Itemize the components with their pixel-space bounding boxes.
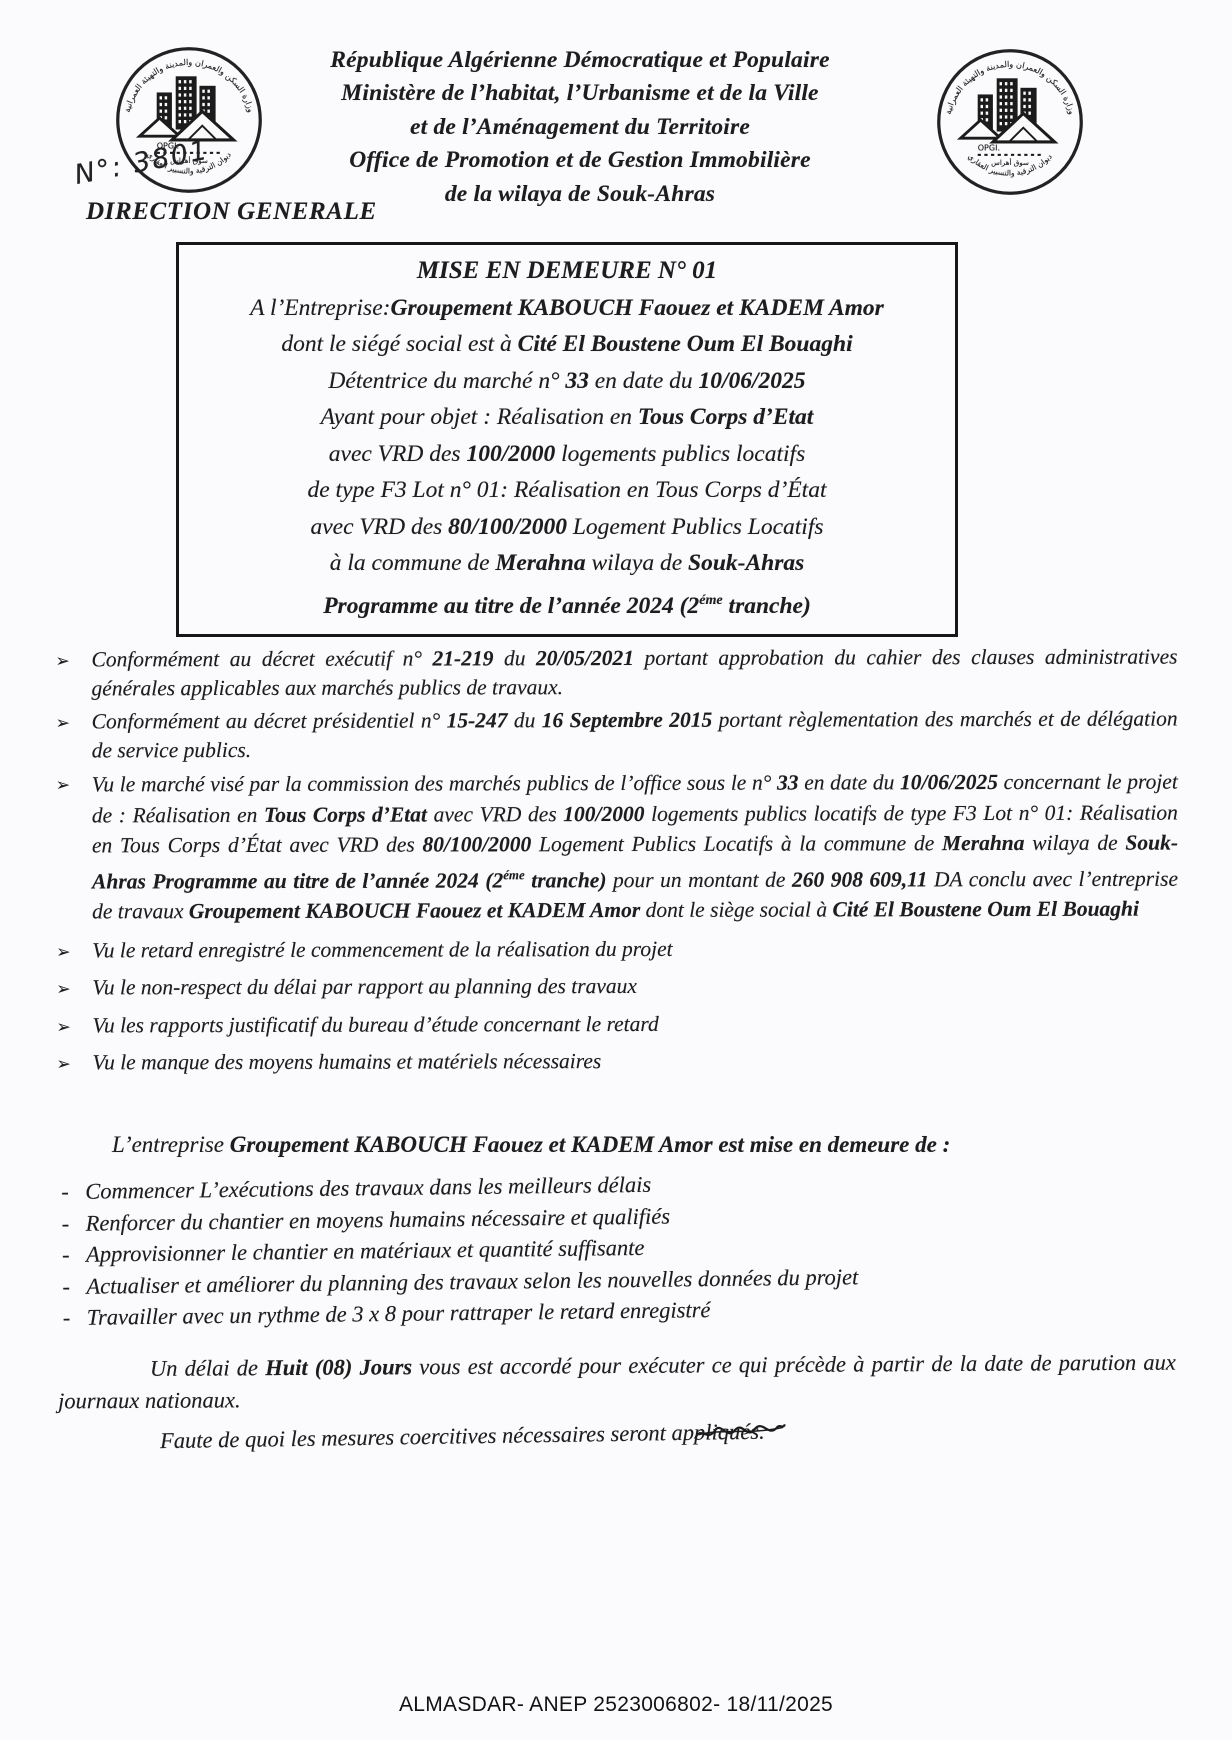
dash-bullet-icon: - [62, 1270, 86, 1302]
legal-references-list: ➢Conformément au décret exécutif n° 21-2… [55, 643, 1178, 1087]
deadline-paragraph: Un délai de Huit (08) Jours vous est acc… [58, 1347, 1176, 1418]
arrow-bullet-icon: ➢ [55, 645, 91, 702]
notice-line: A l’Entreprise:Groupement KABOUCH Faouez… [189, 290, 945, 327]
dash-bullet-icon: - [61, 1207, 85, 1239]
arrow-bullet-icon: ➢ [56, 974, 92, 1005]
svg-text:OPGI.: OPGI. [978, 144, 1000, 153]
dash-bullet-icon: - [61, 1176, 85, 1208]
dash-bullet-icon: - [63, 1302, 87, 1334]
legal-reference-item: ➢Vu le retard enregistré le commencement… [56, 933, 1178, 966]
mise-en-demeure-box: MISE EN DEMEURE N° 01 A l’Entreprise:Gro… [176, 242, 958, 637]
arrow-bullet-icon: ➢ [56, 936, 92, 967]
legal-reference-text: Vu les rapports justificatif du bureau d… [92, 1008, 1178, 1041]
legal-reference-text: Conformément au décret exécutif n° 21-21… [91, 643, 1177, 703]
handwritten-scribble-icon [690, 1417, 786, 1447]
notice-line: avec VRD des 80/100/2000 Logement Public… [189, 509, 945, 546]
header-line: Office de Promotion et de Gestion Immobi… [235, 144, 925, 177]
legal-reference-text: Vu le manque des moyens humains et matér… [92, 1046, 1178, 1079]
notice-line: dont le siégé social est à Cité El Boust… [189, 326, 945, 363]
notice-title: MISE EN DEMEURE N° 01 [189, 253, 945, 290]
direction-generale-label: DIRECTION GENERALE [86, 198, 377, 226]
closing-paragraphs: Un délai de Huit (08) Jours vous est acc… [58, 1350, 1176, 1450]
legal-reference-item: ➢Conformément au décret présidentiel n° … [56, 705, 1178, 765]
arrow-bullet-icon: ➢ [56, 1049, 92, 1080]
opgi-seal-right-logo: وزارة السكن والعمران والمدينة والتهيئة ا… [933, 46, 1087, 198]
legal-reference-item: ➢Vu le manque des moyens humains et maté… [56, 1046, 1178, 1079]
notice-line: à la commune de Merahna wilaya de Souk-A… [189, 545, 945, 582]
seal-graphic: وزارة السكن والعمران والمدينة والتهيئة ا… [933, 46, 1087, 198]
scanned-document-page: وزارة السكن والعمران والمدينة والتهيئة ا… [0, 0, 1232, 1740]
svg-text:سوق أهراس: سوق أهراس [991, 158, 1029, 167]
mise-statement: L’entreprise Groupement KABOUCH Faouez e… [112, 1132, 1172, 1158]
legal-reference-text: Conformément au décret présidentiel n° 1… [92, 705, 1178, 765]
notice-line: Détentrice du marché n° 33 en date du 10… [189, 363, 945, 400]
notice-line: Programme au titre de l’année 2024 (2éme… [189, 582, 945, 624]
anep-footer: ALMASDAR- ANEP 2523006802- 18/11/2025 [0, 1693, 1232, 1717]
legal-reference-item: ➢Vu le marché visé par la commission des… [56, 767, 1178, 928]
legal-reference-text: Vu le non-respect du délai par rapport a… [92, 971, 1178, 1004]
legal-reference-item: ➢Conformément au décret exécutif n° 21-2… [55, 643, 1177, 703]
header-line: République Algérienne Démocratique et Po… [235, 44, 925, 77]
required-actions-list: -Commencer L’exécutions des travaux dans… [61, 1162, 1173, 1333]
legal-reference-text: Vu le retard enregistré le commencement … [92, 933, 1178, 966]
arrow-bullet-icon: ➢ [56, 769, 92, 927]
dash-bullet-icon: - [62, 1239, 86, 1271]
notice-lines: A l’Entreprise:Groupement KABOUCH Faouez… [189, 290, 945, 624]
official-header: République Algérienne Démocratique et Po… [235, 44, 925, 211]
action-text: Travailler avec un rythme de 3 x 8 pour … [87, 1294, 711, 1333]
notice-line: Ayant pour objet : Réalisation en Tous C… [189, 399, 945, 436]
legal-reference-item: ➢Vu le non-respect du délai par rapport … [56, 971, 1178, 1004]
header-line: et de l’Aménagement du Territoire [235, 111, 925, 144]
notice-line: de type F3 Lot n° 01: Réalisation en Tou… [189, 472, 945, 509]
arrow-bullet-icon: ➢ [56, 1011, 92, 1042]
faute-paragraph: Faute de quoi les mesures coercitives né… [58, 1409, 1176, 1459]
notice-line: avec VRD des 100/2000 logements publics … [189, 436, 945, 473]
faute-text: Faute de quoi les mesures coercitives né… [160, 1419, 765, 1453]
arrow-bullet-icon: ➢ [56, 707, 92, 764]
legal-reference-text: Vu le marché visé par la commission des … [92, 767, 1178, 927]
legal-reference-item: ➢Vu les rapports justificatif du bureau … [56, 1008, 1178, 1041]
header-line: Ministère de l’habitat, l’Urbanisme et d… [235, 77, 925, 110]
